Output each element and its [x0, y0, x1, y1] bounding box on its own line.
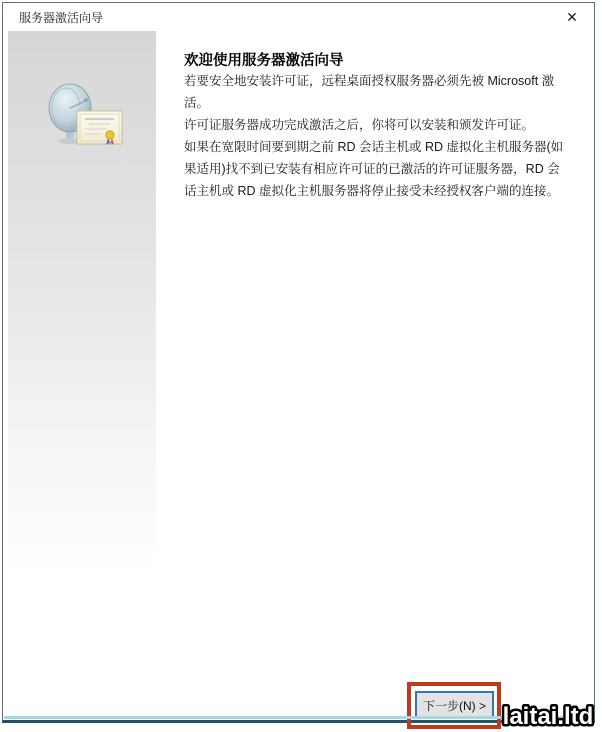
- window-title: 服务器激活向导: [19, 9, 103, 26]
- titlebar[interactable]: 服务器激活向导 ✕: [3, 3, 594, 31]
- wizard-window: 服务器激活向导 ✕: [2, 2, 595, 723]
- page-title: 欢迎使用服务器激活向导: [184, 49, 566, 70]
- grace-period-paragraph: 如果在宽限时间要到期之前 RD 会话主机或 RD 虚拟化主机服务器(如果适用)找…: [184, 136, 566, 202]
- close-icon: ✕: [566, 9, 578, 26]
- watermark: laitai.ltd: [494, 697, 602, 732]
- wizard-content: 欢迎使用服务器激活向导 若要安全地安装许可证，远程桌面授权服务器必须先被 Mic…: [184, 31, 566, 202]
- screenshot-root: 服务器激活向导 ✕: [0, 0, 602, 732]
- activation-result-paragraph: 许可证服务器成功完成激活之后，你将可以安装和颁发许可证。: [184, 114, 566, 136]
- watermark-text: laitai.ltd: [503, 703, 594, 730]
- intro-paragraph: 若要安全地安装许可证，远程桌面授权服务器必须先被 Microsoft 激活。: [184, 70, 566, 114]
- wizard-sidebar: [8, 31, 156, 572]
- satellite-certificate-image: [40, 81, 124, 147]
- next-button[interactable]: 下一步(N) >: [415, 691, 494, 719]
- close-button[interactable]: ✕: [556, 6, 588, 29]
